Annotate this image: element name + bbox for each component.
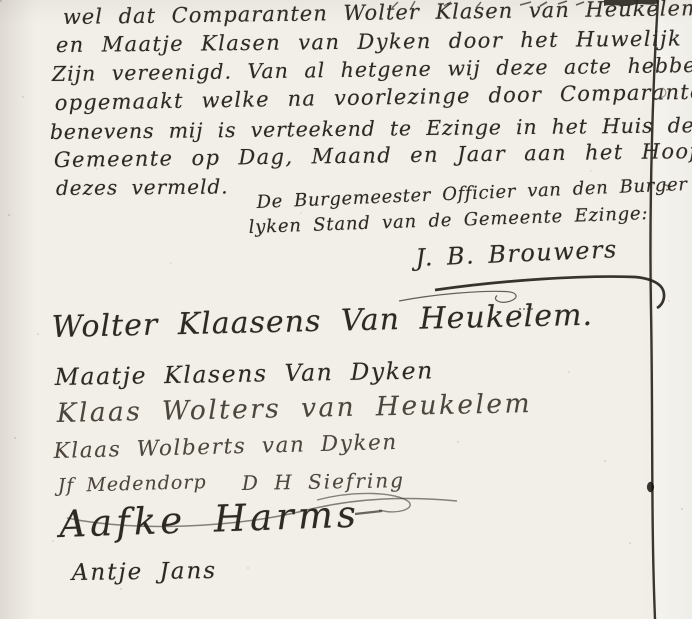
act-text-line-5: benevens mij is verteekend te Ezinge in …	[50, 115, 692, 142]
act-text-line-2: en Maatje Klasen van Dyken door het Huwe…	[56, 28, 682, 56]
signature-medendorp: Jf Medendorp	[58, 473, 207, 496]
act-text-line-6: Gemeente op Dag, Maand en Jaar aan het H…	[54, 141, 692, 171]
signature-wolter-klaasens: Wolter Klaasens Van Heukelem.	[51, 301, 593, 343]
signature-klaas-wolberts: Klaas Wolberts van Dyken	[53, 432, 398, 463]
act-text-line-7: dezes vermeld.	[56, 176, 229, 198]
act-text-line-4: opgemaakt welke na voorlezinge door Comp…	[55, 81, 692, 114]
document-page: wel dat Comparanten Wolter Klasen van He…	[0, 0, 692, 619]
signature-maatje-klasens: Maatje Klasens Van Dyken	[55, 359, 434, 389]
signature-aafke-harms: Aafke Harms	[59, 496, 361, 543]
signature-klaas-wolters: Klaas Wolters van Heukelem	[56, 391, 532, 427]
act-text-line-3: Zijn vereenigd. Van al hetgene wij deze …	[52, 55, 692, 85]
act-text-line-1: wel dat Comparanten Wolter Klasen van He…	[63, 0, 692, 28]
signature-siefring: D H Siefring	[242, 470, 405, 493]
signature-antje-jans: Antje Jans	[72, 560, 218, 585]
burgemeester-signature: J. B. Brouwers	[415, 237, 618, 270]
